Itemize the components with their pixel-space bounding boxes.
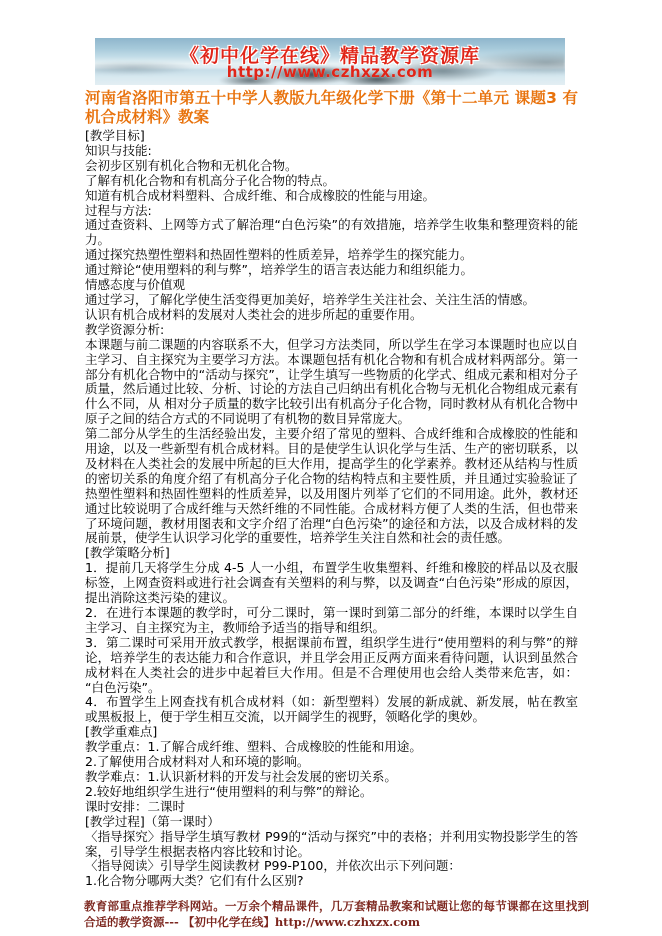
body-paragraph: [教学目标] <box>85 129 578 144</box>
body-paragraph: 本课题与前二课题的内容联系不大，但学习方法类同，所以学生在学习本课题时也应以自主… <box>85 338 578 427</box>
body-paragraph: 教学重点：1.了解合成纤维、塑料、合成橡胶的性能和用途。 <box>85 740 578 755</box>
body-paragraph: [教学过程]（第一课时） <box>85 815 578 830</box>
body-paragraph: 教学资源分析: <box>85 323 578 338</box>
body-paragraph: 通过查资料、上网等方式了解治理“白色污染”的有效措施，培养学生收集和整理资料的能… <box>85 218 578 248</box>
body-paragraph: 2．在进行本课题的教学时，可分二课时，第一课时到第二部分的纤维，本课时以学生自主… <box>85 606 578 636</box>
body-paragraph: 1.化合物分哪两大类？它们有什么区别? <box>85 874 578 889</box>
body-paragraph: 认识有机合成材料的发展对人类社会的进步所起的重要作用。 <box>85 308 578 323</box>
body-paragraph: 〈指导阅读〉引导学生阅读教材 P99-P100，并依次出示下列问题： <box>85 859 578 874</box>
document-title: 河南省洛阳市第五十中学人教版九年级化学下册《第十二单元 课题3 有机合成材料》教… <box>85 89 578 127</box>
body-paragraph: 2.较好地组织学生进行“使用塑料的利与弊”的辩论。 <box>85 785 578 800</box>
body-paragraph: 通过辩论“使用塑料的利与弊”，培养学生的语言表达能力和组织能力。 <box>85 263 578 278</box>
body-paragraph: 知道有机合成材料塑料、合成纤维、和合成橡胶的性能与用途。 <box>85 189 578 204</box>
body-paragraph: [教学策略分析] <box>85 546 578 561</box>
body-paragraph: 知识与技能: <box>85 144 578 159</box>
body-paragraph: [教学重难点] <box>85 725 578 740</box>
footer-promo-text: 教育部重点推荐学科网站。一万余个精品课件，几万套精品教案和试题让您的每节课都在这… <box>84 898 589 930</box>
body-paragraph: 情感态度与价值观 <box>85 278 578 293</box>
banner-site-url: http://www.czhxzx.com <box>95 63 565 81</box>
body-paragraph: 会初步区别有机化合物和无机化合物。 <box>85 159 578 174</box>
document-body: [教学目标]知识与技能:会初步区别有机化合物和无机化合物。了解有机化合物和有机高… <box>85 129 578 889</box>
body-paragraph: 课时安排：二课时 <box>85 800 578 815</box>
body-paragraph: 通过探究热塑性塑料和热固性塑料的性质差异，培养学生的探究能力。 <box>85 248 578 263</box>
banner-text-overlay: 《初中化学在线》精品教学资源库 http://www.czhxzx.com <box>95 38 565 85</box>
body-paragraph: 第二部分从学生的生活经验出发，主要介绍了常见的塑料、合成纤维和合成橡胶的性能和用… <box>85 427 578 546</box>
document-page: 《初中化学在线》精品教学资源库 http://www.czhxzx.com 河南… <box>0 0 662 936</box>
body-paragraph: 教学难点：1.认识新材料的开发与社会发展的密切关系。 <box>85 770 578 785</box>
site-banner-image: 《初中化学在线》精品教学资源库 http://www.czhxzx.com <box>95 38 565 85</box>
body-paragraph: 1．提前几天将学生分成 4-5 人一小组，布置学生收集塑料、纤维和橡胶的样品以及… <box>85 561 578 606</box>
body-paragraph: 〈指导探究〉指导学生填写教材 P99的“活动与探究”中的表格；并利用实物投影学生… <box>85 830 578 860</box>
body-paragraph: 过程与方法: <box>85 204 578 219</box>
body-paragraph: 3．第二课时可采用开放式教学，根据课前布置，组织学生进行“使用塑料的利与弊”的辩… <box>85 636 578 696</box>
body-paragraph: 4．布置学生上网查找有机合成材料（如：新型塑料）发展的新成就、新发展，帖在教室或… <box>85 695 578 725</box>
body-paragraph: 通过学习，了解化学使生活变得更加美好，培养学生关注社会、关注生活的情感。 <box>85 293 578 308</box>
body-paragraph: 了解有机化合物和有机高分子化合物的特点。 <box>85 174 578 189</box>
body-paragraph: 2.了解使用合成材料对人和环境的影响。 <box>85 755 578 770</box>
